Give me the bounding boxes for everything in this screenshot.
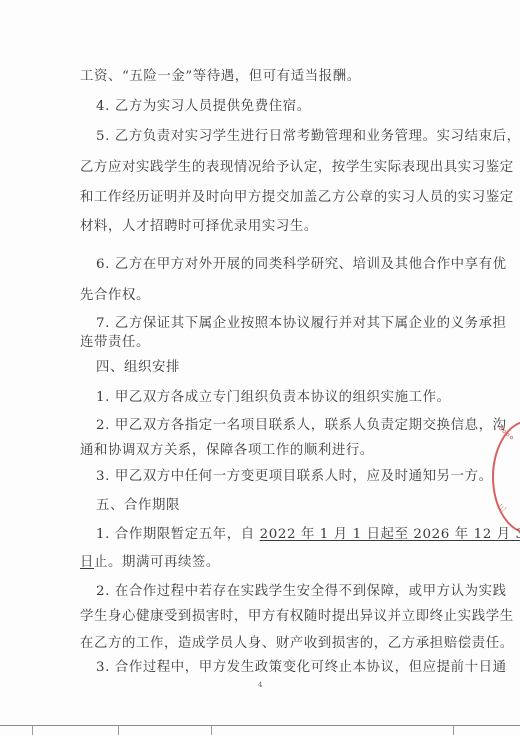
text-line: 材料，人才招聘时可择优录用实习生。 — [80, 219, 318, 235]
term-date-end-char: 日 — [80, 555, 94, 570]
section-heading-organization: 四、组织安排 — [96, 360, 180, 376]
clause-4: 4. 乙方为实习人员提供免费住宿。 — [96, 99, 311, 115]
scan-tick — [211, 725, 212, 735]
term-clause-3: 3. 合作过程中，甲方发生政策变化可终止本协议，但应提前十日通 — [96, 660, 507, 676]
renewal-text: 止。期满可再续签。 — [94, 555, 220, 570]
page-number: 4 — [258, 681, 262, 689]
clause-6: 6. 乙方在甲方对外开展的同类科学研究、培训及其他合作中享有优 — [96, 257, 507, 273]
org-clause-2: 2. 甲乙双方各指定一名项目联系人，联系人负责定期交换信息，沟 — [96, 418, 507, 434]
document-page: 工资、“五险一金”等待遇，但可有适当报酬。 4. 乙方为实习人员提供免费住宿。 … — [0, 0, 520, 735]
section-heading-term: 五、合作期限 — [96, 498, 180, 514]
text-line: 先合作权。 — [80, 288, 150, 304]
scan-tick — [32, 725, 33, 735]
term-dates: 2022 年 1 月 1 日起至 2026 年 12 月 31 — [260, 527, 520, 542]
text-line: 和工作经历证明并及时向甲方提交加盖乙方公章的实习人员的实习鉴定 — [80, 190, 514, 206]
scan-tick — [453, 725, 454, 735]
term-clause-2: 2. 在合作过程中若存在实践学生安全得不到保障，或甲方认为实践 — [96, 584, 507, 600]
text-line: 工资、“五险一金”等待遇，但可有适当报酬。 — [80, 69, 361, 85]
text-line: 通和协调双方关系，保障各项工作的顺利进行。 — [80, 443, 374, 459]
scan-tick — [118, 725, 119, 735]
text-line: 日止。期满可再续签。 — [80, 555, 220, 571]
org-clause-1: 1. 甲乙双方各成立专门组织负责本协议的组织实施工作。 — [96, 390, 451, 406]
scan-border-line — [0, 725, 520, 726]
text-line: 学生身心健康受到损害时，甲方有权随时提出异议并立即终止实践学生 — [80, 609, 514, 625]
text-line: 乙方应对实践学生的表现情况给予认定，按学生实际表现出具实习鉴定 — [80, 160, 514, 176]
text-line: 连带责任。 — [80, 335, 150, 351]
term-clause-1: 1. 合作期限暂定五年，自 2022 年 1 月 1 日起至 2026 年 12… — [96, 527, 520, 543]
clause-7: 7. 乙方保证其下属企业按照本协议履行并对其下属企业的义务承担 — [96, 316, 507, 332]
org-clause-3: 3. 甲乙双方中任何一方变更项目联系人时，应及时通知另一方。 — [96, 469, 493, 485]
text-line: 在乙方的工作，造成学员人身、财产收到损害的，乙方承担赔偿责任。 — [80, 636, 514, 652]
clause-5: 5. 乙方负责对实习学生进行日常考勤管理和业务管理。实习结束后， — [96, 129, 520, 145]
term-clause-prefix: 1. 合作期限暂定五年，自 — [96, 527, 260, 542]
